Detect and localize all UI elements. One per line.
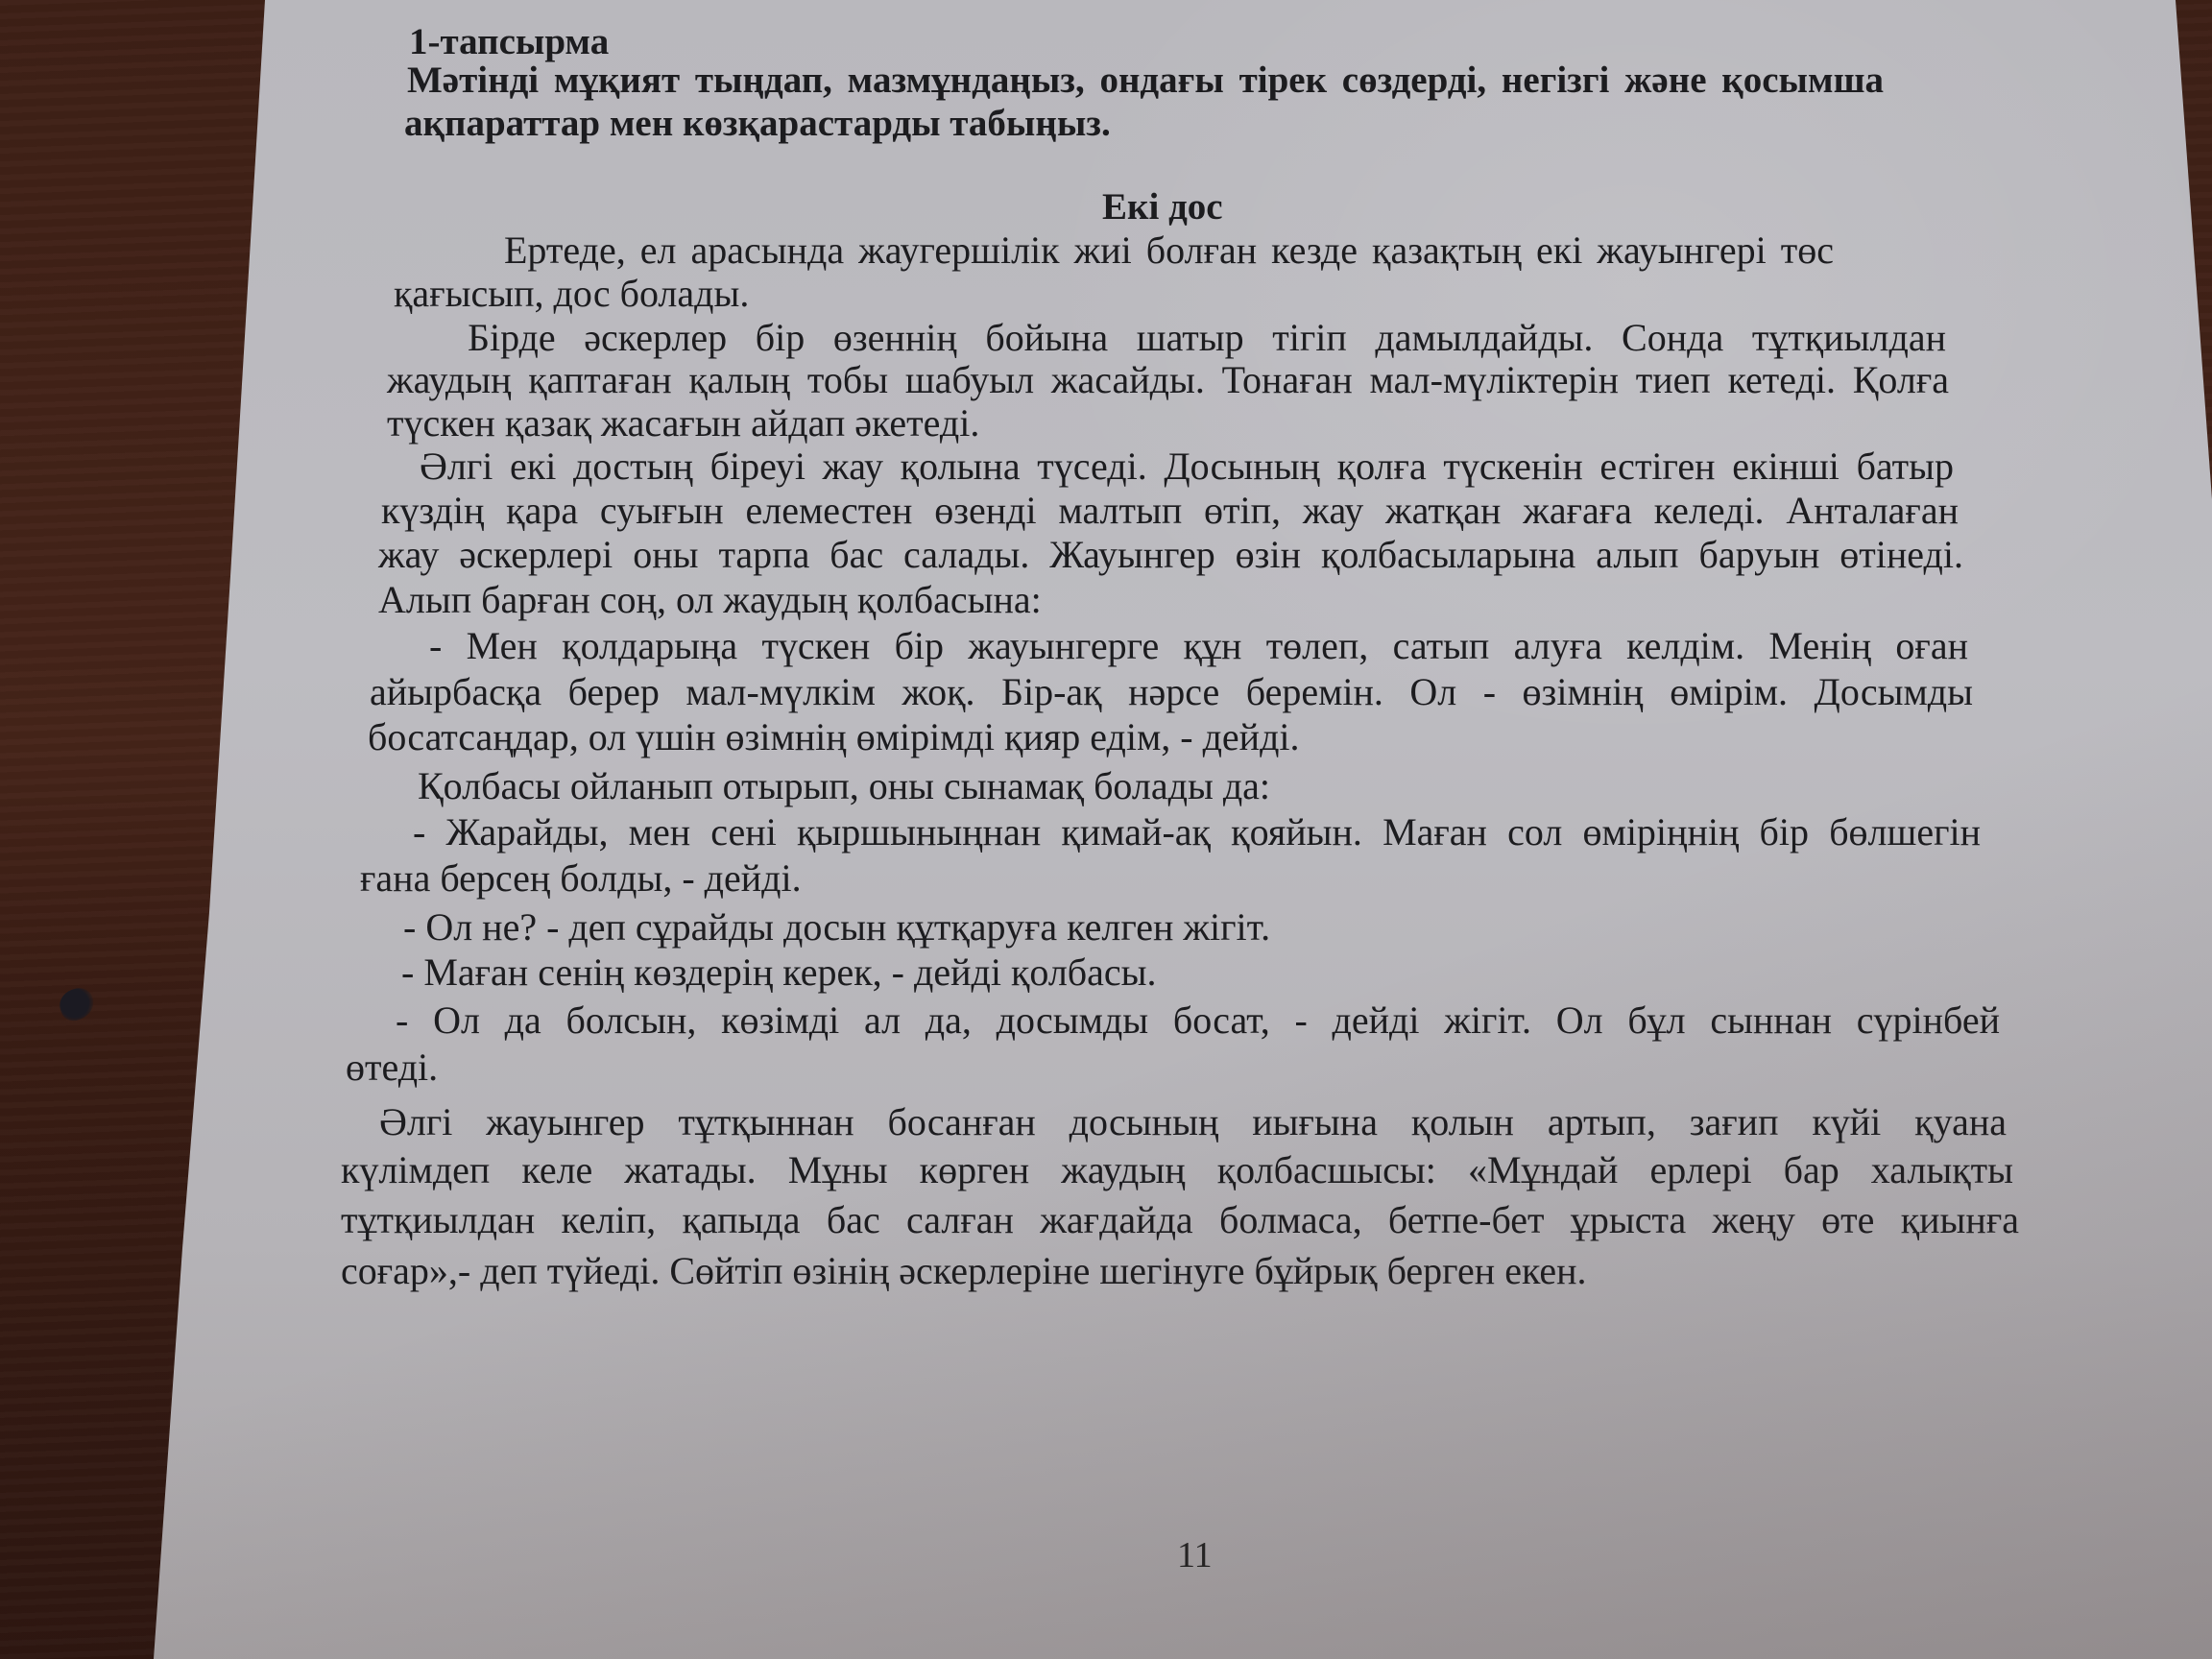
story-line-14: - Жарайды, мен сені қыршыныңнан қимай-ақ…	[413, 811, 1981, 854]
story-line-15: ғана берсең болды, - дейді.	[360, 857, 802, 900]
task-instruction-line-1: Мәтінді мұқият тыңдап, мазмұндаңыз, онда…	[407, 60, 1884, 102]
story-line-17: - Маған сенің көздерің керек, - дейді қо…	[401, 951, 1157, 994]
story-line-22: тұтқиылдан келіп, қапыда бас салған жағд…	[341, 1199, 2019, 1241]
printed-page: 1-тапсырма Мәтінді мұқият тыңдап, мазмұн…	[0, 0, 2212, 1659]
task-number: 1-тапсырма	[409, 21, 609, 63]
story-line-13: Қолбасы ойланып отырып, оны сынамақ бола…	[418, 765, 1270, 807]
page-number: 11	[1177, 1534, 1213, 1576]
story-line-1: Ертеде, ел арасында жаугершілік жиі болғ…	[504, 229, 1834, 272]
story-line-6: Әлгі екі достың біреуі жау қолына түседі…	[420, 445, 1954, 488]
story-line-2: қағысып, дос болады.	[394, 273, 749, 315]
story-line-16: - Ол не? - деп сұрайды досын құтқаруға к…	[403, 906, 1270, 949]
story-title: Екі дос	[1102, 186, 1223, 228]
story-line-21: күлімдеп келе жатады. Мұны көрген жаудың…	[341, 1149, 2013, 1191]
story-line-12: босатсаңдар, ол үшін өзімнің өмірімді қи…	[368, 716, 1300, 758]
task-instruction-line-2: ақпараттар мен көзқарастарды табыңыз.	[404, 103, 1111, 145]
story-line-23: соғар»,- деп түйеді. Сөйтіп өзінің әскер…	[341, 1250, 1587, 1292]
story-line-9: Алып барған соң, ол жаудың қолбасына:	[378, 579, 1042, 621]
story-line-7: күздің қара суығын елеместен өзенді малт…	[381, 490, 1959, 532]
story-line-4: жаудың қаптаған қалың тобы шабуыл жасайд…	[387, 359, 1949, 401]
story-line-20: Әлгі жауынгер тұтқыннан босанған досының…	[379, 1101, 2007, 1143]
story-line-10: - Мен қолдарыңа түскен бір жауынгерге құ…	[429, 625, 1968, 667]
story-line-3: Бірде әскерлер бір өзеннің бойына шатыр …	[468, 317, 1946, 359]
story-line-8: жау әскерлері оны тарпа бас салады. Жауы…	[378, 534, 1963, 576]
story-line-5: түскен қазақ жасағын айдап әкетеді.	[387, 402, 979, 445]
story-line-11: айырбасқа берер мал-мүлкім жоқ. Бір-ақ н…	[370, 671, 1973, 713]
story-line-18: - Ол да болсын, көзімді ал да, досымды б…	[396, 999, 2000, 1042]
story-line-19: өтеді.	[346, 1046, 438, 1089]
